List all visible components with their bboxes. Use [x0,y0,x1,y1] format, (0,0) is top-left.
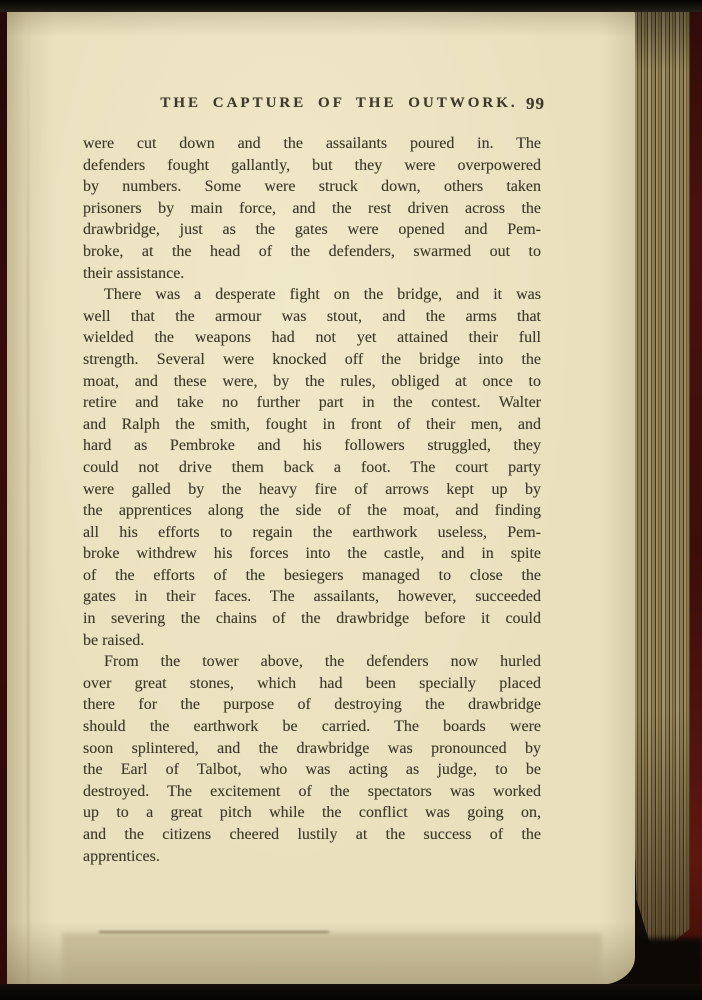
text-line: of the efforts of the besiegers managed … [83,565,541,587]
body-text: were cut down and the assailants poured … [83,133,541,867]
text-line: their assistance. [83,263,541,285]
text-line: and Ralph the smith, fought in front of … [83,414,541,436]
text-line: there for the purpose of destroying the … [83,694,541,716]
text-line: apprentices. [83,846,541,868]
running-head-title: THE CAPTURE OF THE OUTWORK. [83,95,545,112]
page-number: 99 [526,94,545,114]
text-line: were cut down and the assailants poured … [83,133,541,155]
book-page: THE CAPTURE OF THE OUTWORK. 99 were cut … [7,11,635,985]
text-line: should the earthwork be carried. The boa… [83,716,541,738]
text-line: wielded the weapons had not yet attained… [83,327,541,349]
text-line: broke withdrew his forces into the castl… [83,543,541,565]
text-line: could not drive them back a foot. The co… [83,457,541,479]
text-line: in severing the chains of the drawbridge… [83,608,541,630]
text-line: up to a great pitch while the conflict w… [83,802,541,824]
gutter-crease [27,11,29,985]
text-line: the apprentices along the side of the mo… [83,500,541,522]
text-line: the Earl of Talbot, who was acting as ju… [83,759,541,781]
text-line: prisoners by main force, and the rest dr… [83,198,541,220]
text-line: all his efforts to regain the earthwork … [83,522,541,544]
text-line: gates in their faces. The assailants, ho… [83,586,541,608]
scan-bottom-edge [0,984,702,1000]
running-head: THE CAPTURE OF THE OUTWORK. 99 [83,95,545,117]
text-line: There was a desperate fight on the bridg… [83,284,541,306]
text-line: by numbers. Some were struck down, other… [83,176,541,198]
text-line: From the tower above, the defenders now … [83,651,541,673]
book-cover-left-sliver [0,0,7,1000]
bottom-page-shadow [62,933,602,985]
text-line: over great stones, which had been specia… [83,673,541,695]
text-line: defenders fought gallantly, but they wer… [83,155,541,177]
page-stack-fore-edge [628,5,690,957]
scan-top-edge [0,0,702,12]
text-line: be raised. [83,630,541,652]
text-line: soon splintered, and the drawbridge was … [83,738,541,760]
book-scan: THE CAPTURE OF THE OUTWORK. 99 were cut … [0,0,702,1000]
text-line: hard as Pembroke and his followers strug… [83,435,541,457]
text-line: retire and take no further part in the c… [83,392,541,414]
text-line: well that the armour was stout, and the … [83,306,541,328]
text-line: were galled by the heavy fire of arrows … [83,479,541,501]
text-line: and the citizens cheered lustily at the … [83,824,541,846]
text-line: moat, and these were, by the rules, obli… [83,371,541,393]
text-line: destroyed. The excitement of the spectat… [83,781,541,803]
text-line: strength. Several were knocked off the b… [83,349,541,371]
text-line: drawbridge, just as the gates were opene… [83,219,541,241]
text-line: broke, at the head of the defenders, swa… [83,241,541,263]
